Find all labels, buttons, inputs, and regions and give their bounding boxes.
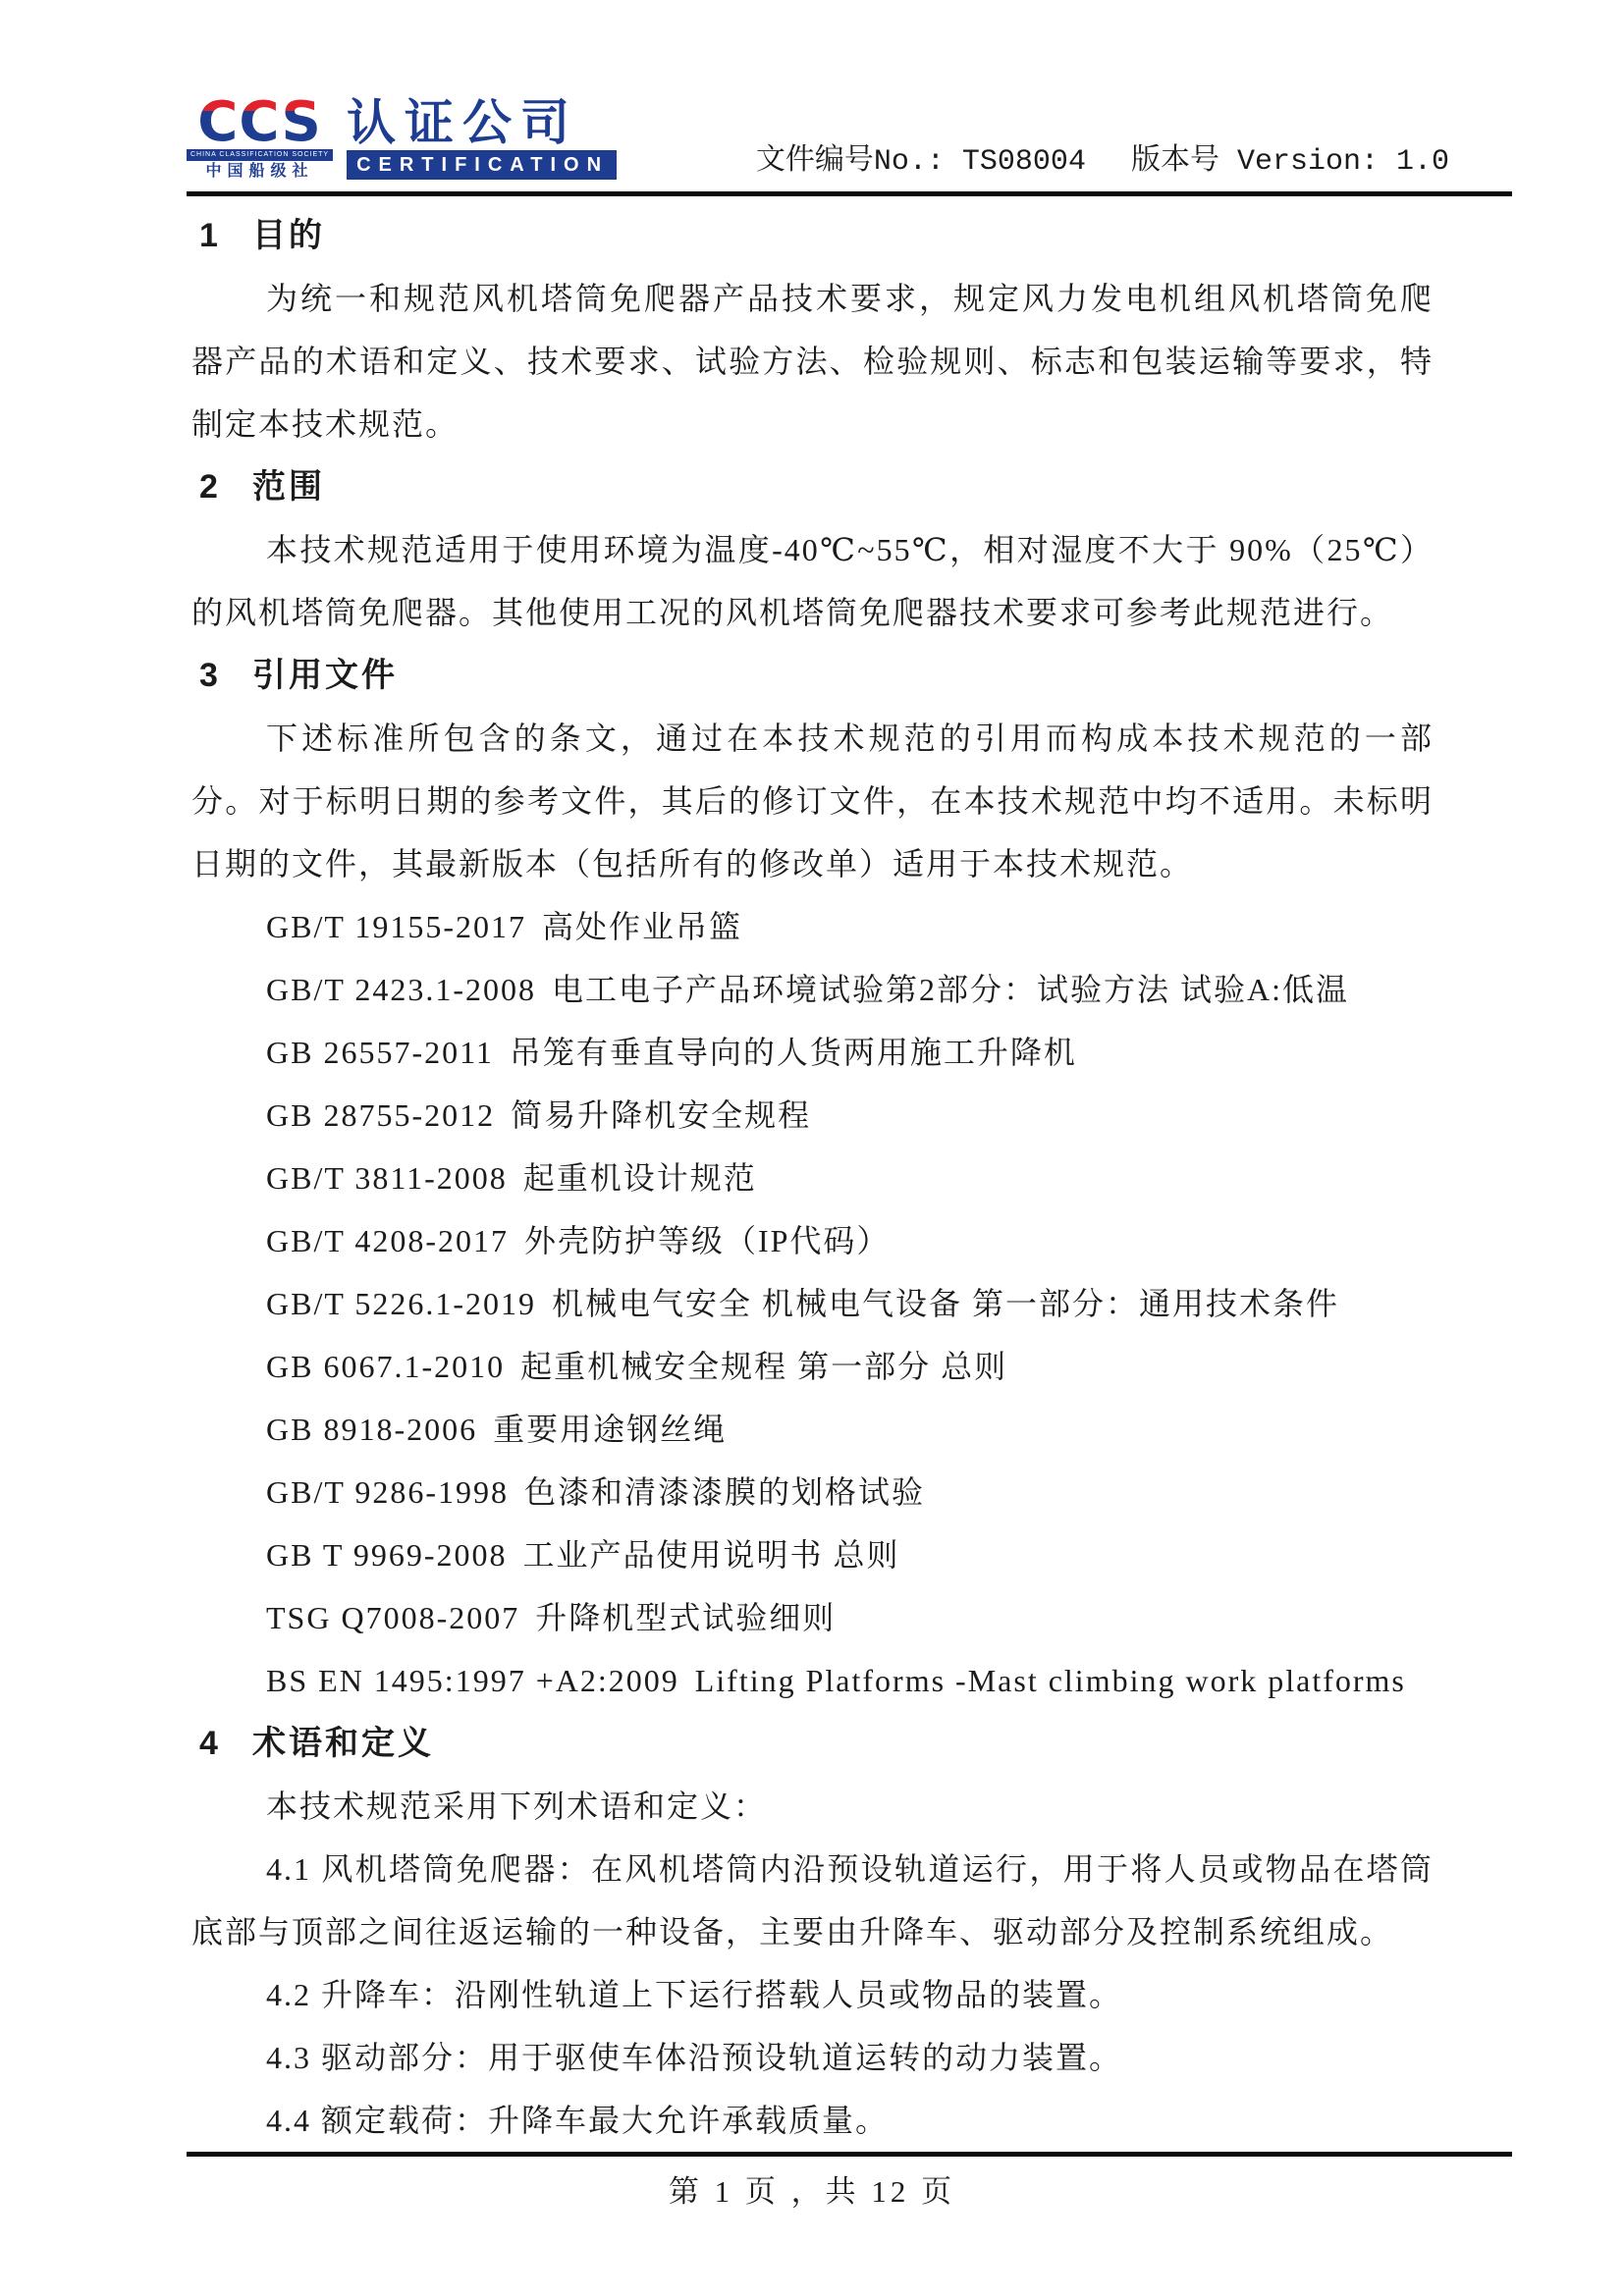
reference-code: GB/T 9286-1998 — [266, 1474, 509, 1510]
section-heading: 2范围 — [191, 455, 1434, 518]
paragraph: 4.4 额定载荷：升降车最大允许承载质量。 — [191, 2089, 1434, 2152]
reference-title: 升降机型式试验细则 — [535, 1600, 836, 1635]
reference-item: GB/T 3811-2008起重机设计规范 — [191, 1147, 1434, 1209]
reference-item: GB T 9969-2008工业产品使用说明书 总则 — [191, 1523, 1434, 1586]
paragraph: 4.2 升降车：沿刚性轨道上下运行搭载人员或物品的装置。 — [191, 1963, 1434, 2026]
reference-code: GB/T 2423.1-2008 — [266, 972, 536, 1007]
reference-title: 重要用途钢丝绳 — [493, 1412, 727, 1447]
ccs-logo-left: CCS CHINA CLASSIFICATION SOCIETY 中国船级社 — [187, 98, 333, 182]
section-number: 1 — [191, 204, 252, 267]
reference-code: GB 6067.1-2010 — [266, 1349, 505, 1384]
footer-rule — [187, 2152, 1512, 2157]
section-title: 术语和定义 — [252, 1725, 434, 1762]
society-en-bar: CHINA CLASSIFICATION SOCIETY — [187, 149, 333, 161]
section-heading: 3引用文件 — [191, 644, 1434, 707]
reference-title: Lifting Platforms -Mast climbing work pl… — [695, 1663, 1406, 1698]
reference-code: GB/T 3811-2008 — [266, 1160, 508, 1196]
reference-code: GB/T 19155-2017 — [266, 909, 526, 944]
reference-title: 起重机械安全规程 第一部分 总则 — [520, 1349, 1007, 1384]
ccs-logo-right: 认证公司 CERTIFICATION — [347, 98, 617, 180]
section-title: 范围 — [252, 468, 325, 506]
ccs-logo: CCS CHINA CLASSIFICATION SOCIETY 中国船级社 认… — [187, 98, 617, 182]
reference-item: TSG Q7008-2007升降机型式试验细则 — [191, 1586, 1434, 1649]
document-page: CCS CHINA CLASSIFICATION SOCIETY 中国船级社 认… — [0, 0, 1624, 2296]
brand-name: 认证公司 — [347, 98, 617, 147]
certification-bar: CERTIFICATION — [347, 150, 617, 180]
section-heading: 1目的 — [191, 204, 1434, 267]
reference-item: GB 6067.1-2010起重机械安全规程 第一部分 总则 — [191, 1335, 1434, 1398]
reference-code: GB 26557-2011 — [266, 1035, 494, 1070]
reference-item: GB/T 9286-1998色漆和清漆漆膜的划格试验 — [191, 1461, 1434, 1523]
reference-title: 色漆和清漆漆膜的划格试验 — [524, 1474, 925, 1510]
reference-title: 工业产品使用说明书 总则 — [523, 1537, 900, 1573]
reference-code: TSG Q7008-2007 — [266, 1600, 519, 1635]
reference-item: GB/T 19155-2017高处作业吊篮 — [191, 895, 1434, 958]
reference-item: GB 28755-2012简易升降机安全规程 — [191, 1084, 1434, 1147]
reference-title: 起重机设计规范 — [523, 1160, 757, 1196]
version-number: 版本号 Version: 1.0 — [1131, 145, 1449, 179]
society-cn-name: 中国船级社 — [206, 162, 314, 182]
reference-code: GB/T 4208-2017 — [266, 1223, 509, 1258]
reference-title: 电工电子产品环境试验第2部分：试验方法 试验A:低温 — [552, 972, 1349, 1007]
document-body: 1目的为统一和规范风机塔筒免爬器产品技术要求，规定风力发电机组风机塔筒免爬器产品… — [191, 204, 1434, 2152]
reference-item: GB 26557-2011吊笼有垂直导向的人货两用施工升降机 — [191, 1021, 1434, 1084]
paragraph: 本技术规范适用于使用环境为温度-40℃~55℃，相对湿度不大于 90%（25℃）… — [191, 518, 1434, 644]
header-rule — [187, 191, 1512, 196]
reference-item: GB/T 2423.1-2008电工电子产品环境试验第2部分：试验方法 试验A:… — [191, 958, 1434, 1021]
section-title: 引用文件 — [252, 657, 398, 694]
reference-title: 高处作业吊篮 — [542, 909, 742, 944]
section-title: 目的 — [252, 217, 325, 254]
reference-code: BS EN 1495:1997 +A2:2009 — [266, 1663, 679, 1698]
reference-title: 简易升降机安全规程 — [511, 1097, 811, 1133]
page-footer: 第 1 页 ，共 12 页 — [0, 2172, 1624, 2212]
page-number-text: 第 1 页 ，共 12 页 — [669, 2174, 955, 2209]
reference-code: GB 8918-2006 — [266, 1412, 477, 1447]
reference-code: GB/T 5226.1-2019 — [266, 1286, 536, 1321]
page-header: CCS CHINA CLASSIFICATION SOCIETY 中国船级社 认… — [0, 0, 1624, 191]
reference-item: GB/T 4208-2017外壳防护等级（IP代码） — [191, 1209, 1434, 1272]
paragraph: 下述标准所包含的条文，通过在本技术规范的引用而构成本技术规范的一部分。对于标明日… — [191, 707, 1434, 895]
reference-title: 机械电气安全 机械电气设备 第一部分：通用技术条件 — [552, 1286, 1339, 1321]
paragraph: 本技术规范采用下列术语和定义： — [191, 1775, 1434, 1838]
section-number: 2 — [191, 455, 252, 518]
reference-code: GB 28755-2012 — [266, 1097, 495, 1133]
reference-title: 外壳防护等级（IP代码） — [524, 1223, 890, 1258]
paragraph: 4.3 驱动部分：用于驱使车体沿预设轨道运转的动力装置。 — [191, 2026, 1434, 2089]
header-meta: 文件编号No.: TS08004版本号 Version: 1.0 — [756, 144, 1449, 182]
reference-code: GB T 9969-2008 — [266, 1537, 508, 1573]
ccs-logo-text: CCS — [197, 98, 322, 147]
section-heading: 4术语和定义 — [191, 1712, 1434, 1775]
reference-item: GB 8918-2006重要用途钢丝绳 — [191, 1398, 1434, 1461]
section-number: 4 — [191, 1712, 252, 1775]
section-number: 3 — [191, 644, 252, 707]
reference-title: 吊笼有垂直导向的人货两用施工升降机 — [510, 1035, 1077, 1070]
reference-item: GB/T 5226.1-2019机械电气安全 机械电气设备 第一部分：通用技术条… — [191, 1272, 1434, 1335]
reference-item: BS EN 1495:1997 +A2:2009Lifting Platform… — [191, 1649, 1434, 1712]
paragraph: 4.1 风机塔筒免爬器：在风机塔筒内沿预设轨道运行，用于将人员或物品在塔筒底部与… — [191, 1838, 1434, 1963]
doc-number: 文件编号No.: TS08004 — [756, 145, 1086, 179]
paragraph: 为统一和规范风机塔筒免爬器产品技术要求，规定风力发电机组风机塔筒免爬器产品的术语… — [191, 267, 1434, 455]
